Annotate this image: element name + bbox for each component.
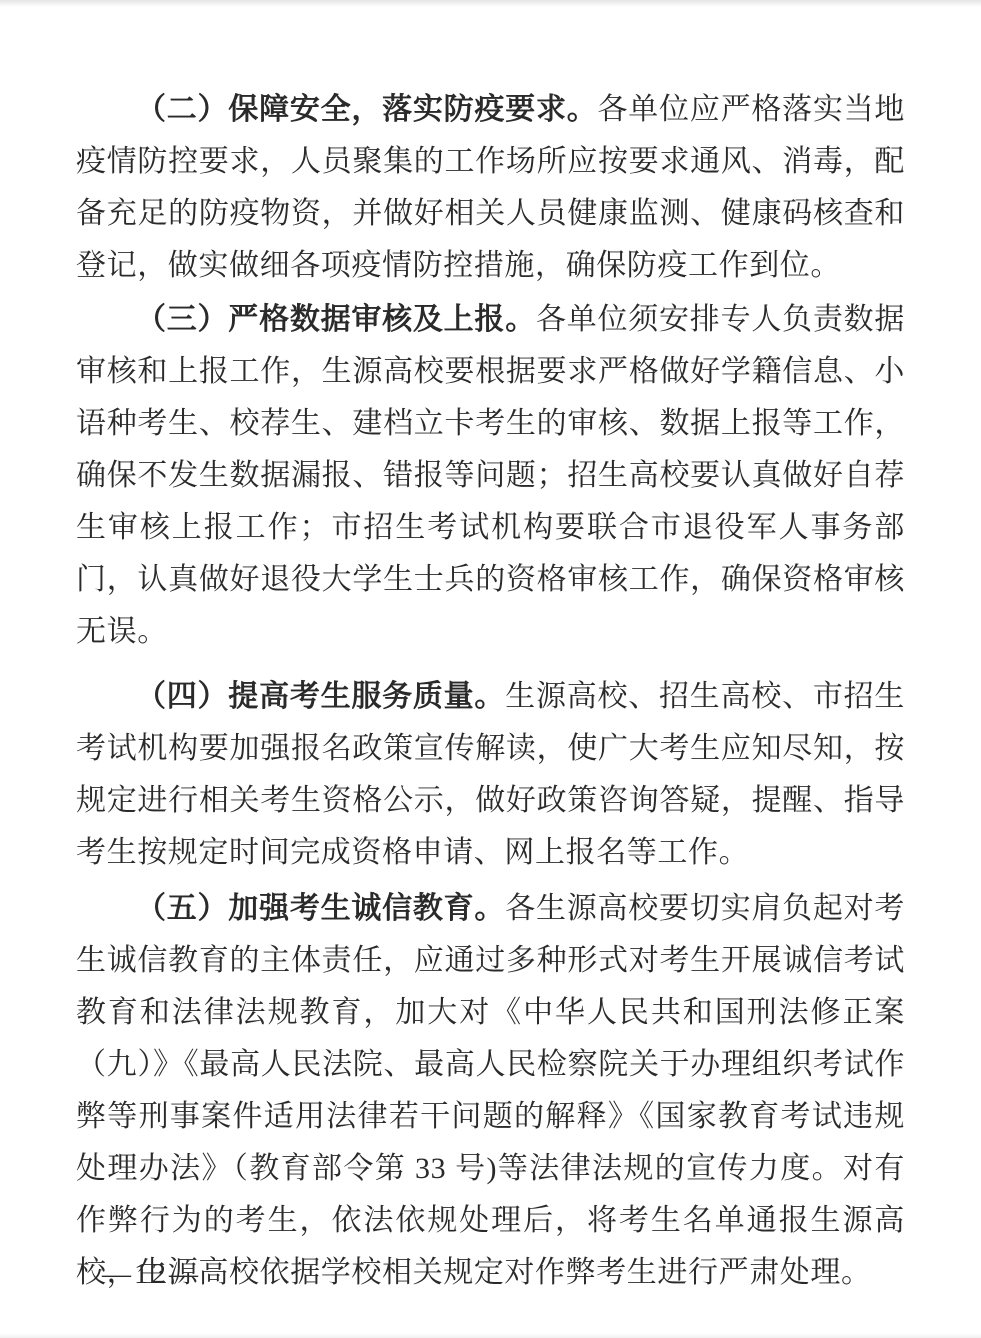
paragraph-lead: （五）加强考生诚信教育。 (136, 892, 505, 925)
paragraph-5-integrity-education: （五）加强考生诚信教育。各生源高校要切实肩负起对考生诚信教育的主体责任，应通过多… (76, 883, 905, 1299)
paragraph-lead: （三）严格数据审核及上报。 (136, 303, 536, 336)
document-page: （二）保障安全，落实防疫要求。各单位应严格落实当地疫情防控要求，人员聚集的工作场… (0, 0, 981, 1338)
paragraph-text: 各生源高校要切实肩负起对考生诚信教育的主体责任，应通过多种形式对考生开展诚信考试… (76, 892, 905, 1289)
paragraph-lead: （四）提高考生服务质量。 (136, 680, 505, 713)
paragraph-lead: （二）保障安全，落实防疫要求。 (136, 93, 598, 126)
paragraph-2-safety: （二）保障安全，落实防疫要求。各单位应严格落实当地疫情防控要求，人员聚集的工作场… (76, 84, 905, 292)
paragraph-3-data-audit: （三）严格数据审核及上报。各单位须安排专人负责数据审核和上报工作，生源高校要根据… (76, 294, 905, 658)
document-body: （二）保障安全，落实防疫要求。各单位应严格落实当地疫情防控要求，人员聚集的工作场… (76, 84, 905, 1299)
page-number: —12— (102, 1258, 201, 1291)
paragraph-4-service-quality: （四）提高考生服务质量。生源高校、招生高校、市招生考试机构要加强报名政策宣传解读… (76, 671, 905, 879)
paragraph-text: 各单位须安排专人负责数据审核和上报工作，生源高校要根据要求严格做好学籍信息、小语… (76, 303, 905, 648)
